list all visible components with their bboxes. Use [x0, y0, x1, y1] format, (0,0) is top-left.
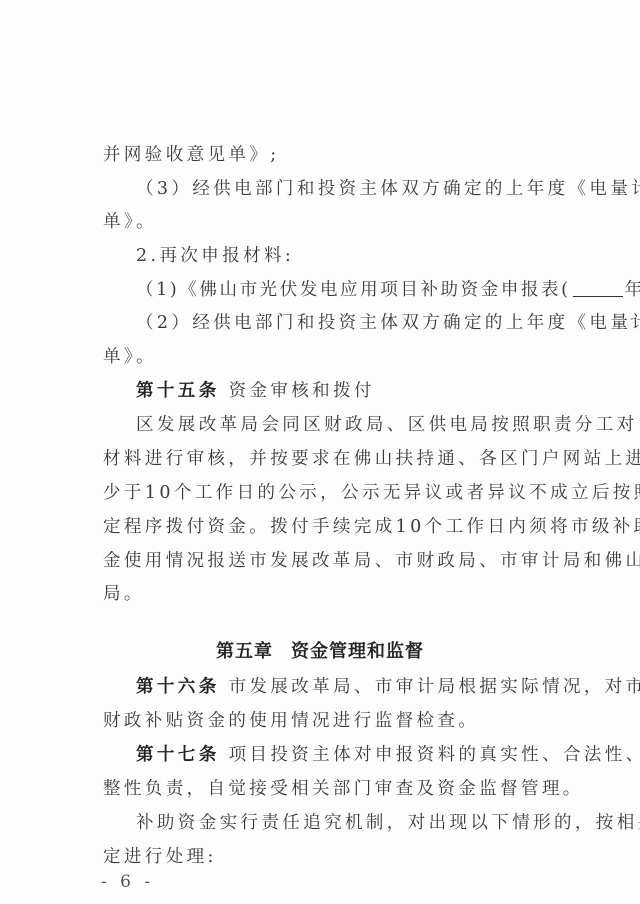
chapter-number: 第五章: [216, 641, 273, 662]
text-line: 少于10个工作日的公示，公示无异议或者异议不成立后按照规: [103, 481, 563, 505]
article-text: 项目投资主体对申报资料的真实性、合法性、完: [220, 745, 640, 765]
scan-speck: [622, 188, 625, 190]
scan-speck: [630, 318, 633, 320]
article-15-heading: 第十五条 资金审核和拨付: [136, 379, 596, 403]
text-line: 财政补贴资金的使用情况进行监督检查。: [103, 709, 563, 733]
text-line: 整性负责，自觉接受相关部门审查及资金监督管理。: [103, 777, 563, 801]
chapter-heading: 第五章资金管理和监督: [0, 640, 640, 664]
article-16: 第十六条 市发展改革局、市审计局根据实际情况，对市级: [136, 675, 596, 699]
form-title-text: （1)《佛山市光伏发电应用项目补助资金申报表(: [136, 280, 571, 300]
year-blank: [573, 280, 623, 297]
text-line: 单》。: [103, 345, 563, 369]
text-line: 材料进行审核，并按要求在佛山扶持通、各区门户网站上进行不: [103, 447, 563, 471]
page-number: - 6 -: [101, 872, 154, 892]
article-17: 第十七条 项目投资主体对申报资料的真实性、合法性、完: [136, 743, 596, 767]
article-text: 市发展改革局、市审计局根据实际情况，对市级: [220, 677, 640, 697]
text-line: 区发展改革局会同区财政局、区供电局按照职责分工对申报: [136, 413, 596, 437]
text-line: 2.再次申报材料:: [136, 244, 596, 268]
text-line: 局。: [103, 582, 563, 606]
article-number: 第十七条: [136, 745, 220, 765]
article-number: 第十六条: [136, 677, 220, 697]
text-line: 单》。: [103, 210, 563, 234]
text-line: 定程序拨付资金。拨付手续完成10个工作日内须将市级补助资: [103, 515, 563, 539]
text-line: 定进行处理:: [103, 845, 563, 869]
text-line: 并网验收意见单》;: [103, 143, 563, 167]
text-line: 补助资金实行责任追究机制，对出现以下情形的，按相关规: [136, 811, 596, 835]
document-page: 并网验收意见单》; （3）经供电部门和投资主体双方确定的上年度《电量计量 单》。…: [0, 0, 640, 904]
article-title: 资金审核和拨付: [220, 381, 375, 401]
article-number: 第十五条: [136, 381, 220, 401]
chapter-title: 资金管理和监督: [291, 641, 424, 662]
form-title-suffix: 年)》;: [625, 280, 640, 300]
text-line: 金使用情况报送市发展改革局、市财政局、市审计局和佛山供电: [103, 549, 563, 573]
text-line: （2）经供电部门和投资主体双方确定的上年度《电量计量: [136, 311, 596, 335]
text-line: （3）经供电部门和投资主体双方确定的上年度《电量计量: [136, 177, 596, 201]
text-line-form-title: （1)《佛山市光伏发电应用项目补助资金申报表(年)》;: [136, 278, 596, 302]
